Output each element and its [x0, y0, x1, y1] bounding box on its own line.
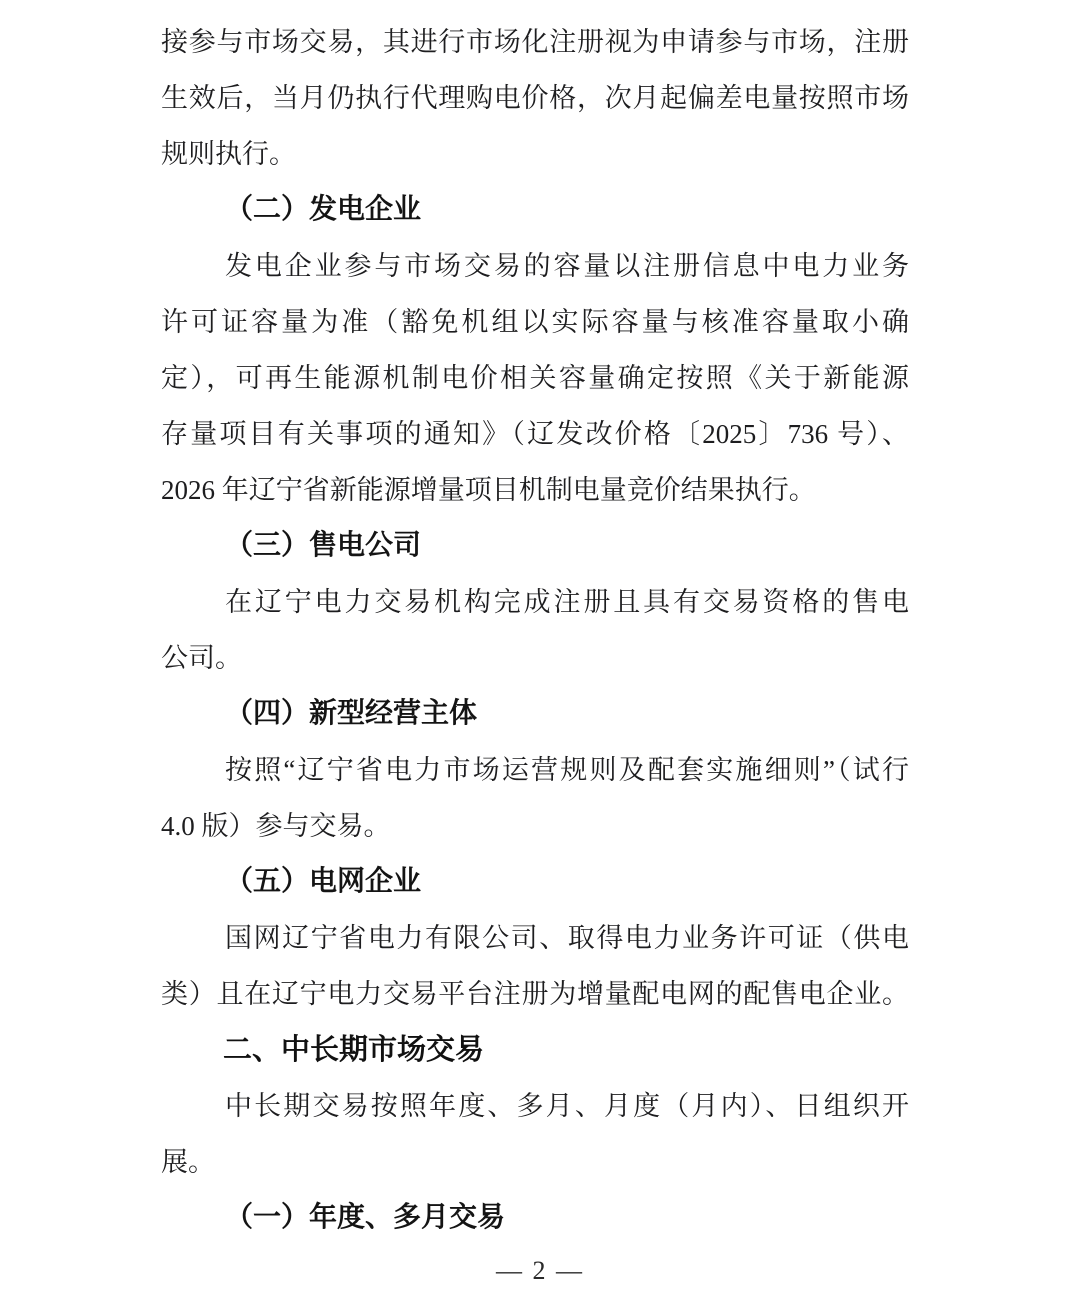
section-heading: （一）年度、多月交易	[161, 1190, 909, 1246]
section-heading: （四）新型经营主体	[161, 686, 909, 742]
body-line: 国网辽宁省电力有限公司、取得电力业务许可证（供电	[161, 910, 909, 966]
body-line: 中长期交易按照年度、多月、月度（月内）、日组织开	[161, 1078, 909, 1134]
body-line: 接参与市场交易，其进行市场化注册视为申请参与市场，注册	[161, 14, 909, 70]
section-heading: （二）发电企业	[161, 182, 909, 238]
section-heading: （三）售电公司	[161, 518, 909, 574]
body-line: 公司。	[161, 630, 909, 686]
chapter-heading: 二、中长期市场交易	[161, 1022, 909, 1078]
body-line: 在辽宁电力交易机构完成注册且具有交易资格的售电	[161, 574, 909, 630]
document-page: 接参与市场交易，其进行市场化注册视为申请参与市场，注册 生效后，当月仍执行代理购…	[0, 0, 1080, 1303]
body-line: 许可证容量为准（豁免机组以实际容量与核准容量取小确	[161, 294, 909, 350]
page-number: — 2 —	[0, 1256, 1080, 1286]
body-line: 4.0 版）参与交易。	[161, 798, 909, 854]
body-line: 按照“辽宁省电力市场运营规则及配套实施细则”（试行	[161, 742, 909, 798]
body-line: 生效后，当月仍执行代理购电价格，次月起偏差电量按照市场	[161, 70, 909, 126]
body-line: 定），可再生能源机制电价相关容量确定按照《关于新能源	[161, 350, 909, 406]
body-line: 规则执行。	[161, 126, 909, 182]
section-heading: （五）电网企业	[161, 854, 909, 910]
body-line: 存量项目有关事项的通知》（辽发改价格〔2025〕736 号）、	[161, 406, 909, 462]
body-line: 类）且在辽宁电力交易平台注册为增量配电网的配售电企业。	[161, 966, 909, 1022]
body-line: 展。	[161, 1134, 909, 1190]
body-line: 发电企业参与市场交易的容量以注册信息中电力业务	[161, 238, 909, 294]
body-line: 2026 年辽宁省新能源增量项目机制电量竞价结果执行。	[161, 462, 909, 518]
document-text-block: 接参与市场交易，其进行市场化注册视为申请参与市场，注册 生效后，当月仍执行代理购…	[161, 14, 909, 1246]
